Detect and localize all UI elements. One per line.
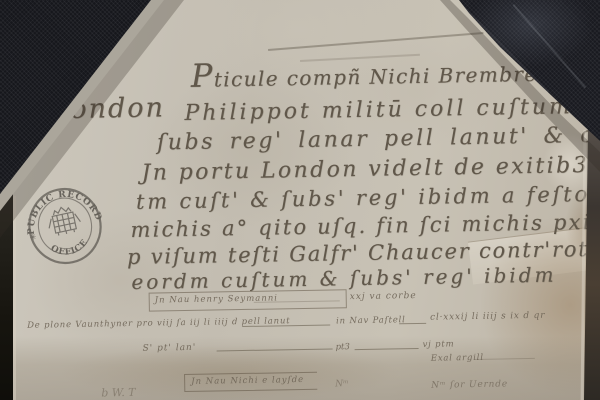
manuscript-photo: PUBLIC RECORD OFFICE ✳ London Pticule co… bbox=[0, 0, 600, 400]
manuscript-line-4: Jn portu London videlt de exitib3 eor bbox=[141, 152, 600, 186]
rule-line bbox=[355, 348, 419, 350]
ship1-label: Jn Nau henry Seymanni bbox=[155, 293, 278, 305]
ledger-row1-mid: in Nav Paſtell bbox=[336, 315, 406, 326]
rule-line bbox=[475, 358, 535, 360]
ledger-row2-mid: pt3 bbox=[335, 342, 349, 352]
manuscript-line-3: ſubs reg' lanar pell lanut' & cor' bbox=[157, 122, 600, 155]
ledger-row1-value: cl·xxxij li iiij s ix d qr bbox=[430, 311, 545, 323]
rule-line bbox=[217, 348, 333, 351]
ledger-row2-left: S' pt' lan' bbox=[142, 343, 196, 354]
ship1-value: xxj va corbe bbox=[350, 291, 417, 302]
line1-initial: P bbox=[190, 56, 214, 94]
ledger-row1-left: De plone Vaunthyner pro viij ſa iij li i… bbox=[27, 316, 290, 331]
page-edge-highlight bbox=[13, 196, 16, 400]
manuscript-line-5: tm cuſt' & ſubs' reg' ibidm a feſto ſci bbox=[136, 181, 600, 214]
note-right: Nᵐ ſor Uernde bbox=[431, 379, 508, 390]
ledger-row2-right: vj ptm bbox=[422, 339, 454, 350]
rule-line bbox=[242, 324, 330, 327]
note-mark: Nᵐ bbox=[335, 379, 349, 389]
rule-line bbox=[399, 323, 426, 324]
ship2-label: Jn Nau Nichi e layſde bbox=[191, 375, 304, 387]
corner-note: b W. T bbox=[101, 386, 135, 400]
